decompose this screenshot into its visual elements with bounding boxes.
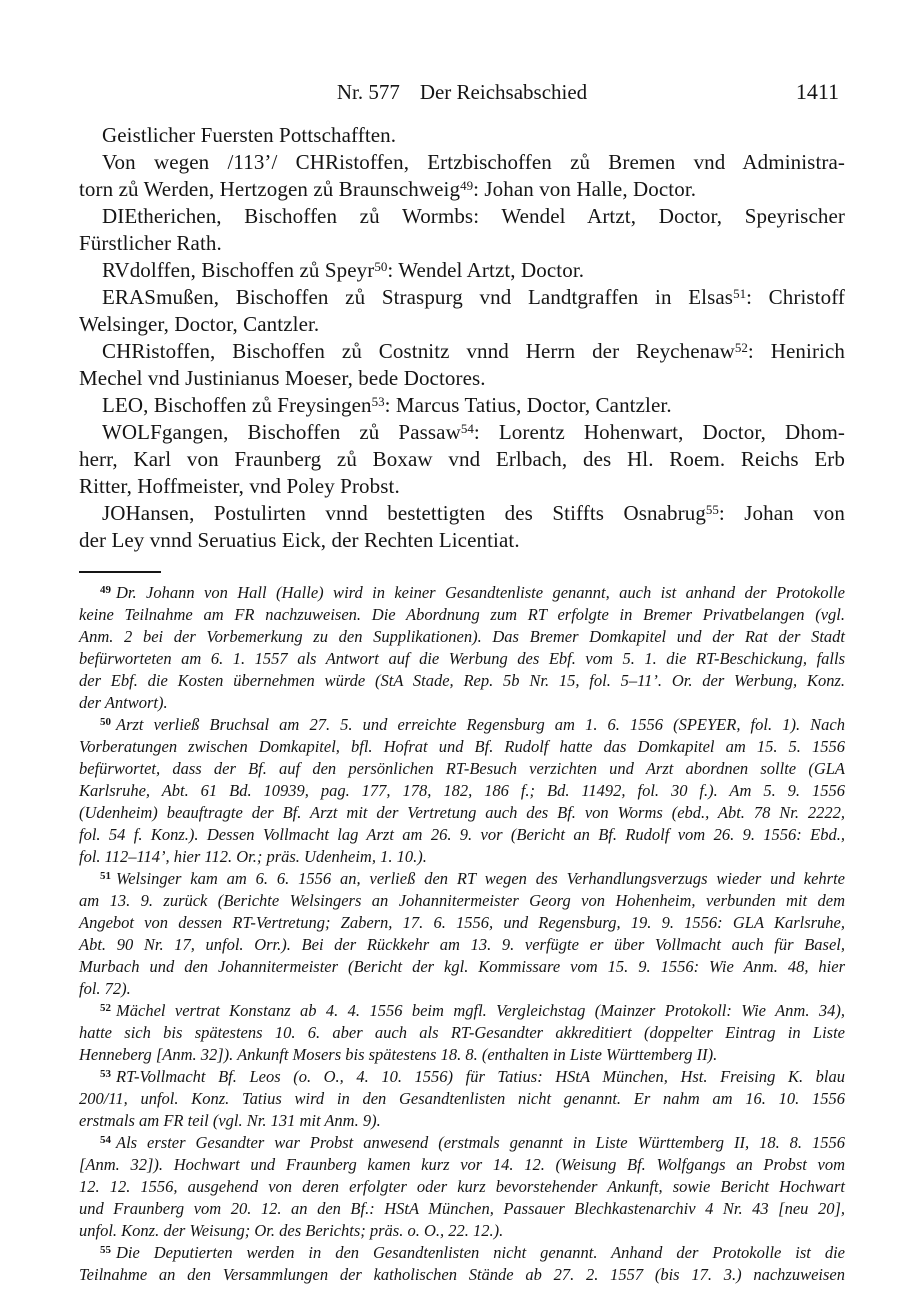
footnote-line: Murbach und den Johannitermeister (Beric… — [79, 956, 845, 978]
footnote-line: 12. 12. 1556, ausgehend von deren erfolg… — [79, 1176, 845, 1198]
footnote-line: Henneberg [Anm. 32]). Ankunft Mosers bis… — [79, 1044, 845, 1066]
body-line: RVdolffen, Bischoffen zů Speyr50: Wendel… — [79, 257, 845, 284]
footnote-line: Angebot von dessen RT-Vertretung; Zabern… — [79, 912, 845, 934]
footnote-line: und Fraunberg vom 20. 12. an den Bf.: HS… — [79, 1198, 845, 1220]
body-line: Ritter, Hoffmeister, vnd Poley Probst. — [79, 473, 845, 500]
footnote-line: 49Dr. Johann von Hall (Halle) wird in ke… — [79, 582, 845, 604]
footnote-line: Karlsruhe, Abt. 61 Bd. 10939, pag. 177, … — [79, 780, 845, 802]
footnote-ref: 53 — [372, 394, 385, 409]
footnote-number: 52 — [100, 1002, 111, 1014]
footnote-ref: 54 — [461, 421, 474, 436]
footnote-line: fol. 54 f. Konz.). Dessen Vollmacht lag … — [79, 824, 845, 846]
footnote-line: Abt. 90 Nr. 17, unfol. Orr.). Bei der Rü… — [79, 934, 845, 956]
body-line: Mechel vnd Justinianus Moeser, bede Doct… — [79, 365, 845, 392]
footnote-line: am 13. 9. zurück (Berichte Welsingers an… — [79, 890, 845, 912]
body-line: WOLFgangen, Bischoffen zů Passaw54: Lore… — [79, 419, 845, 446]
footnote-line: befürwortet, dass der Bf. auf den persön… — [79, 758, 845, 780]
footnote-number: 55 — [100, 1244, 111, 1256]
footnote-line: erstmals am FR teil (vgl. Nr. 131 mit An… — [79, 1110, 845, 1132]
footnote-line: 200/11, unfol. Konz. Tatius wird in den … — [79, 1088, 845, 1110]
footnote-number: 51 — [100, 870, 111, 882]
footnote-line: 53RT-Vollmacht Bf. Leos (o. O., 4. 10. 1… — [79, 1066, 845, 1088]
document-number: Nr. 577 — [337, 80, 400, 104]
footnote-line: 50Arzt verließ Bruchsal am 27. 5. und er… — [79, 714, 845, 736]
document-title: Der Reichsabschied — [420, 80, 587, 104]
footnote-line: unfol. Konz. der Weisung; Or. des Berich… — [79, 1220, 845, 1242]
footnote-ref: 51 — [733, 286, 746, 301]
page-header: Nr. 577Der Reichsabschied 1411 — [79, 80, 845, 104]
footnote-ref: 55 — [706, 502, 719, 517]
footnote-ref: 50 — [374, 259, 387, 274]
body-line: Welsinger, Doctor, Cantzler. — [79, 311, 845, 338]
footnote-number: 54 — [100, 1134, 111, 1146]
footnotes-section: 49Dr. Johann von Hall (Halle) wird in ke… — [79, 582, 845, 1286]
body-line: Von wegen /113’/ CHRistoffen, Ertzbischo… — [79, 149, 845, 176]
main-text-block: Geistlicher Fuersten Pottschafften.Von w… — [79, 122, 845, 554]
body-line: Geistlicher Fuersten Pottschafften. — [79, 122, 845, 149]
footnote-line: [Anm. 32]). Hochwart und Fraunberg kamen… — [79, 1154, 845, 1176]
running-head-center: Nr. 577Der Reichsabschied — [79, 80, 845, 104]
footnote-line: Anm. 2 bei der Vorbemerkung zu den Suppl… — [79, 626, 845, 648]
footnote-number: 53 — [100, 1068, 111, 1080]
footnote-line: 51Welsinger kam am 6. 6. 1556 an, verlie… — [79, 868, 845, 890]
footnote-number: 50 — [100, 716, 111, 728]
footnote-line: befürworteten am 6. 1. 1557 als Antwort … — [79, 648, 845, 670]
footnote-line: (Udenheim) beauftragte der Bf. Arzt mit … — [79, 802, 845, 824]
footnote-number: 49 — [100, 584, 111, 596]
body-line: ERASmußen, Bischoffen zů Straspurg vnd L… — [79, 284, 845, 311]
footnote-line: Vorberatungen zwischen Domkapitel, bfl. … — [79, 736, 845, 758]
body-line: LEO, Bischoffen zů Freysingen53: Marcus … — [79, 392, 845, 419]
body-line: Fürstlicher Rath. — [79, 230, 845, 257]
footnote-line: 54Als erster Gesandter war Probst anwese… — [79, 1132, 845, 1154]
body-line: DIEtherichen, Bischoffen zů Wormbs: Wend… — [79, 203, 845, 230]
scanned-book-page: Nr. 577Der Reichsabschied 1411 Geistlich… — [0, 0, 900, 1300]
footnote-separator-rule — [79, 571, 161, 573]
footnote-line: 55Die Deputierten werden in den Gesandte… — [79, 1242, 845, 1264]
page-number: 1411 — [796, 80, 839, 104]
footnote-line: fol. 72). — [79, 978, 845, 1000]
body-line: CHRistoffen, Bischoffen zů Costnitz vnnd… — [79, 338, 845, 365]
body-line: JOHansen, Postulirten vnnd bestettigten … — [79, 500, 845, 527]
footnote-line: 52Mächel vertrat Konstanz ab 4. 4. 1556 … — [79, 1000, 845, 1022]
footnote-line: keine Teilnahme am FR nachzuweisen. Die … — [79, 604, 845, 626]
footnote-line: Teilnahme an den Versammlungen der katho… — [79, 1264, 845, 1286]
footnote-line: fol. 112–114’, hier 112. Or.; präs. Uden… — [79, 846, 845, 868]
body-line: torn zů Werden, Hertzogen zů Braunschwei… — [79, 176, 845, 203]
body-line: herr, Karl von Fraunberg zů Boxaw vnd Er… — [79, 446, 845, 473]
footnote-line: hatte sich bis spätestens 10. 6. aber au… — [79, 1022, 845, 1044]
footnote-ref: 52 — [735, 340, 748, 355]
body-line: der Ley vnnd Seruatius Eick, der Rechten… — [79, 527, 845, 554]
footnote-line: der Antwort). — [79, 692, 845, 714]
footnote-ref: 49 — [460, 178, 473, 193]
footnote-line: der Ebf. die Kosten übernehmen würde (St… — [79, 670, 845, 692]
